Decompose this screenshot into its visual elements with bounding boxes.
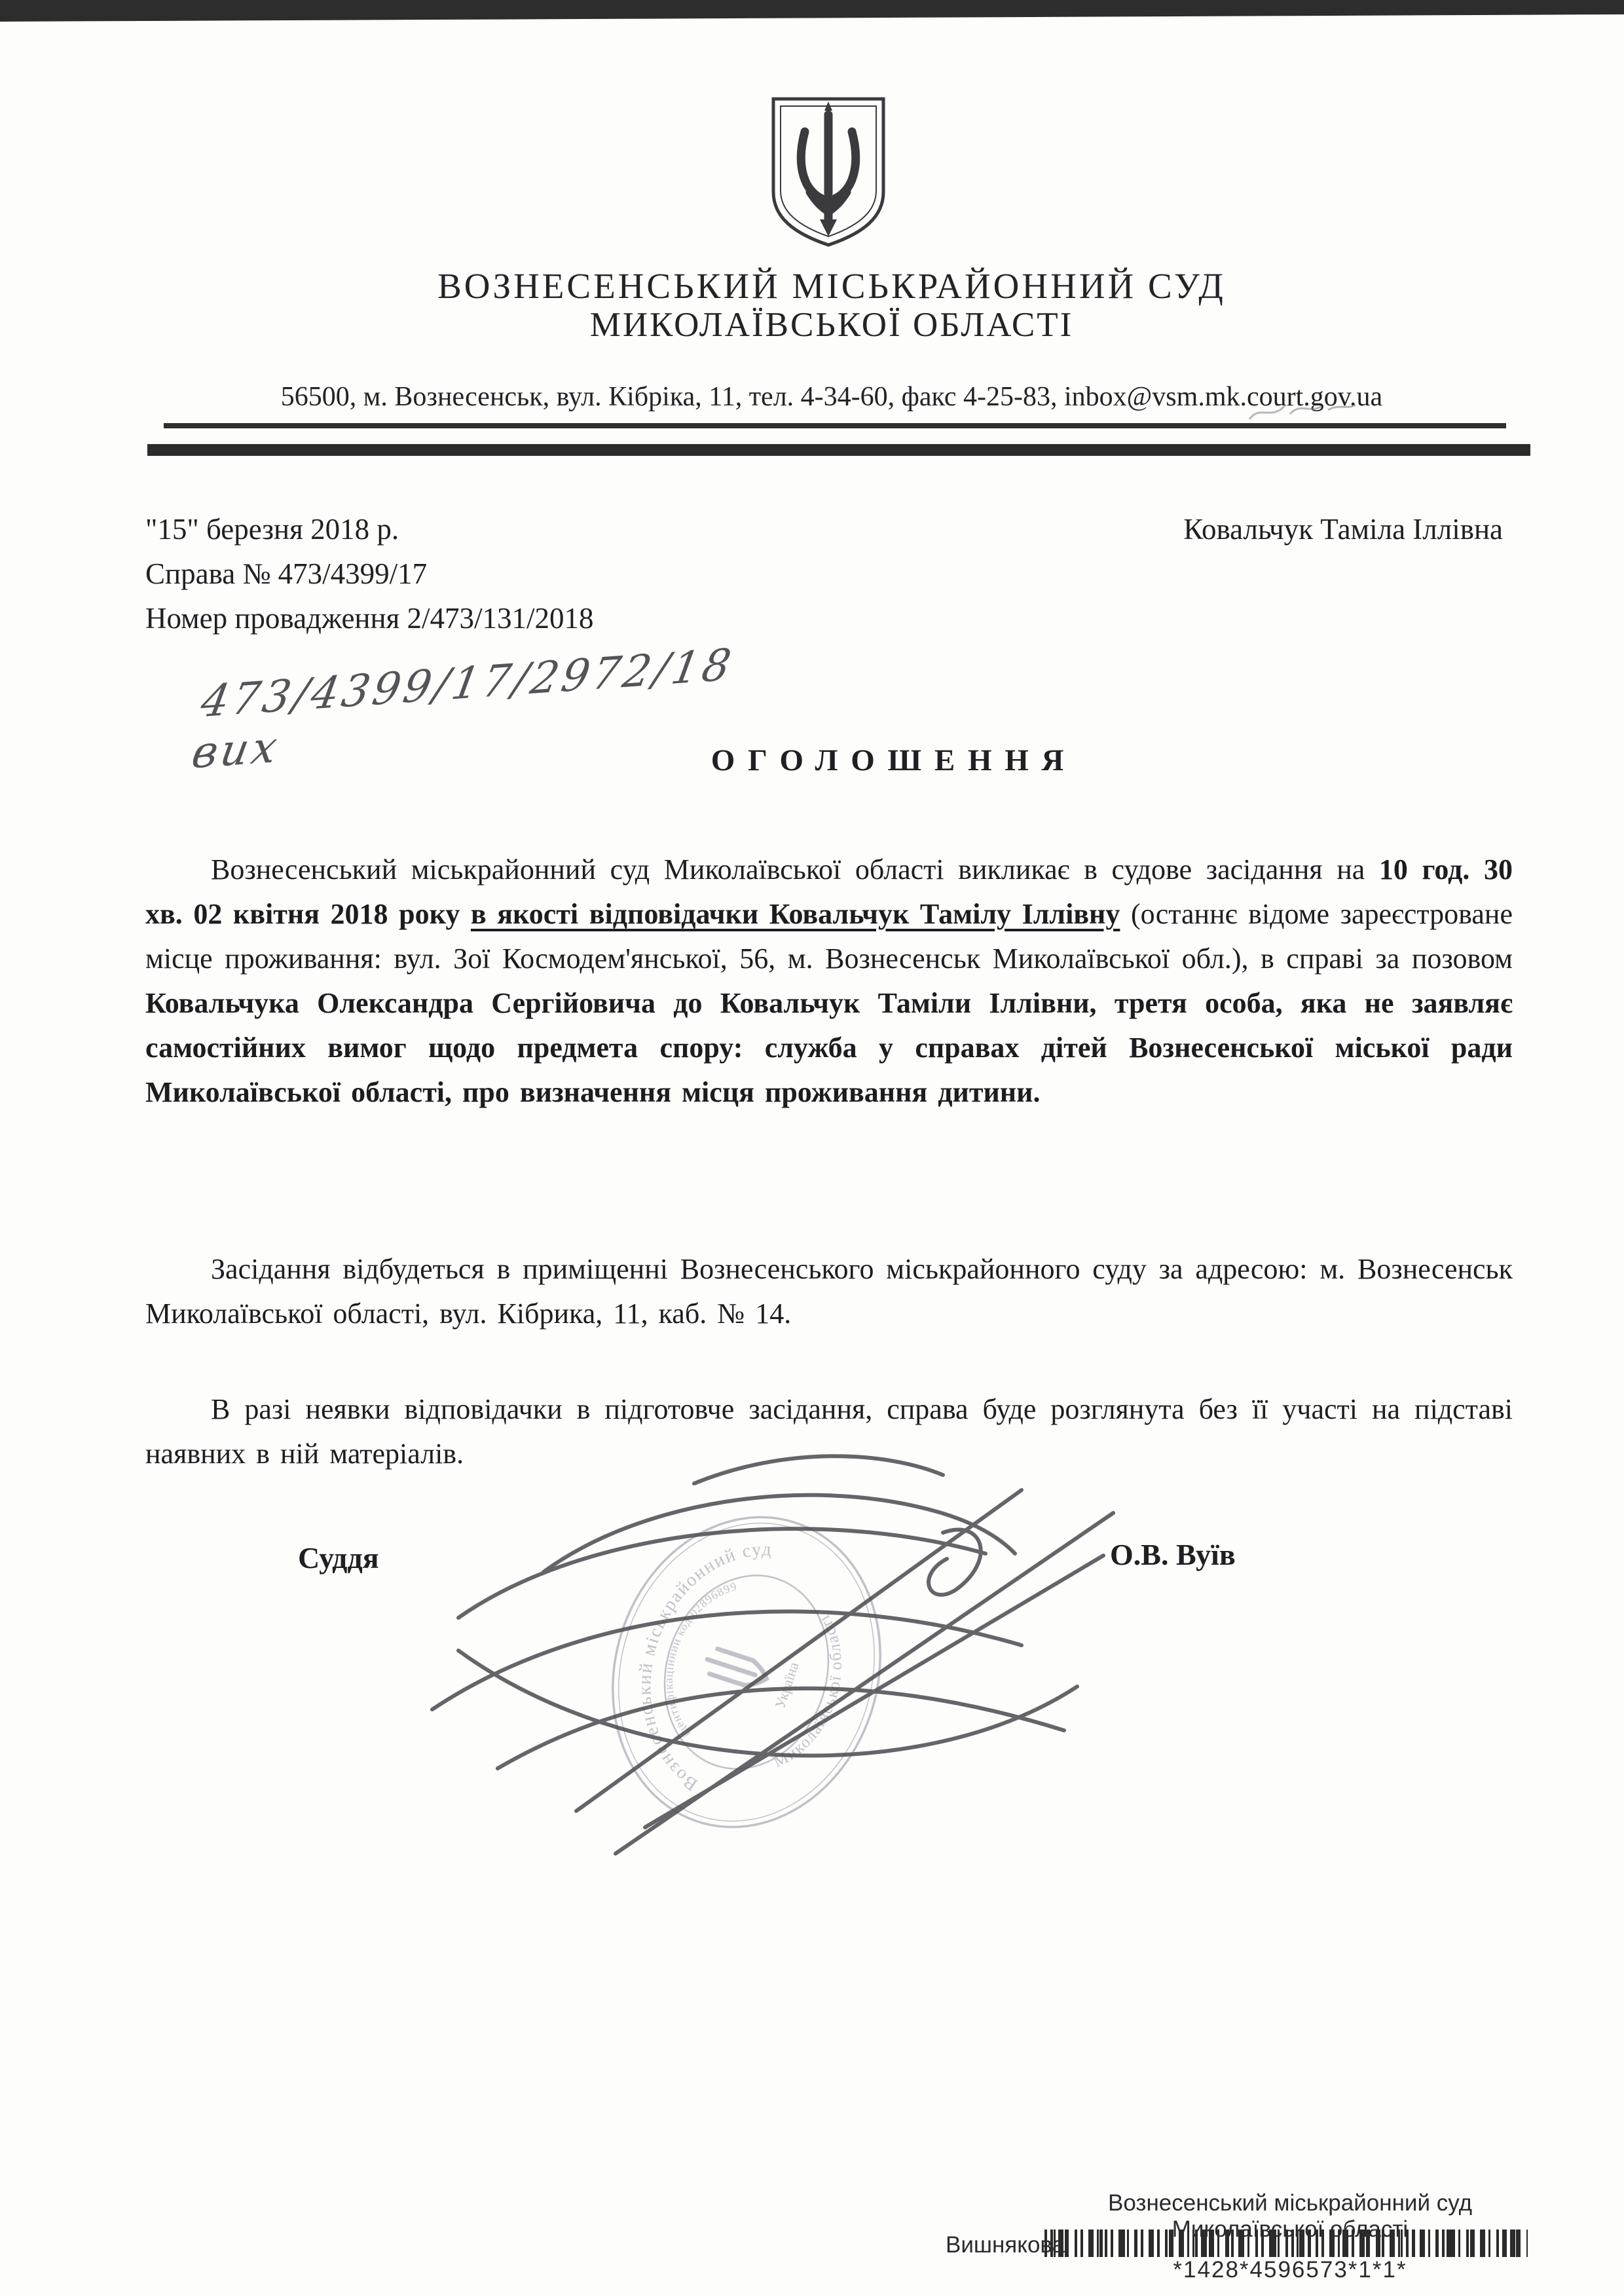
- ukraine-trident-emblem-icon: [769, 95, 887, 249]
- meta-row-proceeding: Номер провадження 2/473/131/2018: [145, 601, 1503, 635]
- pen-mark: [1244, 397, 1382, 427]
- scanner-edge-artifact: [0, 0, 1624, 22]
- proceeding-number: Номер провадження 2/473/131/2018: [145, 601, 594, 635]
- p1-text-normal: Вознесенський міськрайонний суд Миколаїв…: [211, 853, 1379, 886]
- judge-signature-scribble: [419, 1434, 1153, 1867]
- p1-respondent-name: в якості відповідачки Ковальчук Тамілу І…: [471, 898, 1120, 930]
- judge-role-label: Суддя: [298, 1540, 379, 1575]
- header-rule-thick: [147, 444, 1530, 456]
- document-date: "15" березня 2018 р.: [145, 512, 399, 546]
- addressee-name: Ковальчук Таміла Іллівна: [1183, 512, 1503, 546]
- meta-row-date: "15" березня 2018 р. Ковальчук Таміла Іл…: [145, 512, 1503, 546]
- barcode-number: *1428*4596573*1*1*: [1080, 2257, 1500, 2283]
- meta-row-case: Справа № 473/4399/17: [145, 557, 1503, 591]
- document-title: ОГОЛОШЕННЯ: [593, 743, 1195, 778]
- p1-case-parties: Ковальчука Олександра Сергійовича до Ков…: [145, 987, 1513, 1108]
- case-number: Справа № 473/4399/17: [145, 557, 427, 591]
- court-name-line1: ВОЗНЕСЕНСЬКИЙ МІСЬКРАЙОННИЙ СУД: [85, 265, 1578, 307]
- paragraph-summons: Вознесенський міськрайонний суд Миколаїв…: [145, 848, 1513, 1115]
- paragraph-location: Засідання відбудеться в приміщенні Возне…: [145, 1247, 1513, 1336]
- barcode-icon: [1044, 2230, 1528, 2257]
- court-name-line2: МИКОЛАЇВСЬКОЇ ОБЛАСТІ: [85, 305, 1578, 345]
- footer-court-line1: Вознесенський міськрайонний суд: [1080, 2190, 1500, 2216]
- scanned-court-document: ВОЗНЕСЕНСЬКИЙ МІСЬКРАЙОННИЙ СУД МИКОЛАЇВ…: [0, 0, 1624, 2295]
